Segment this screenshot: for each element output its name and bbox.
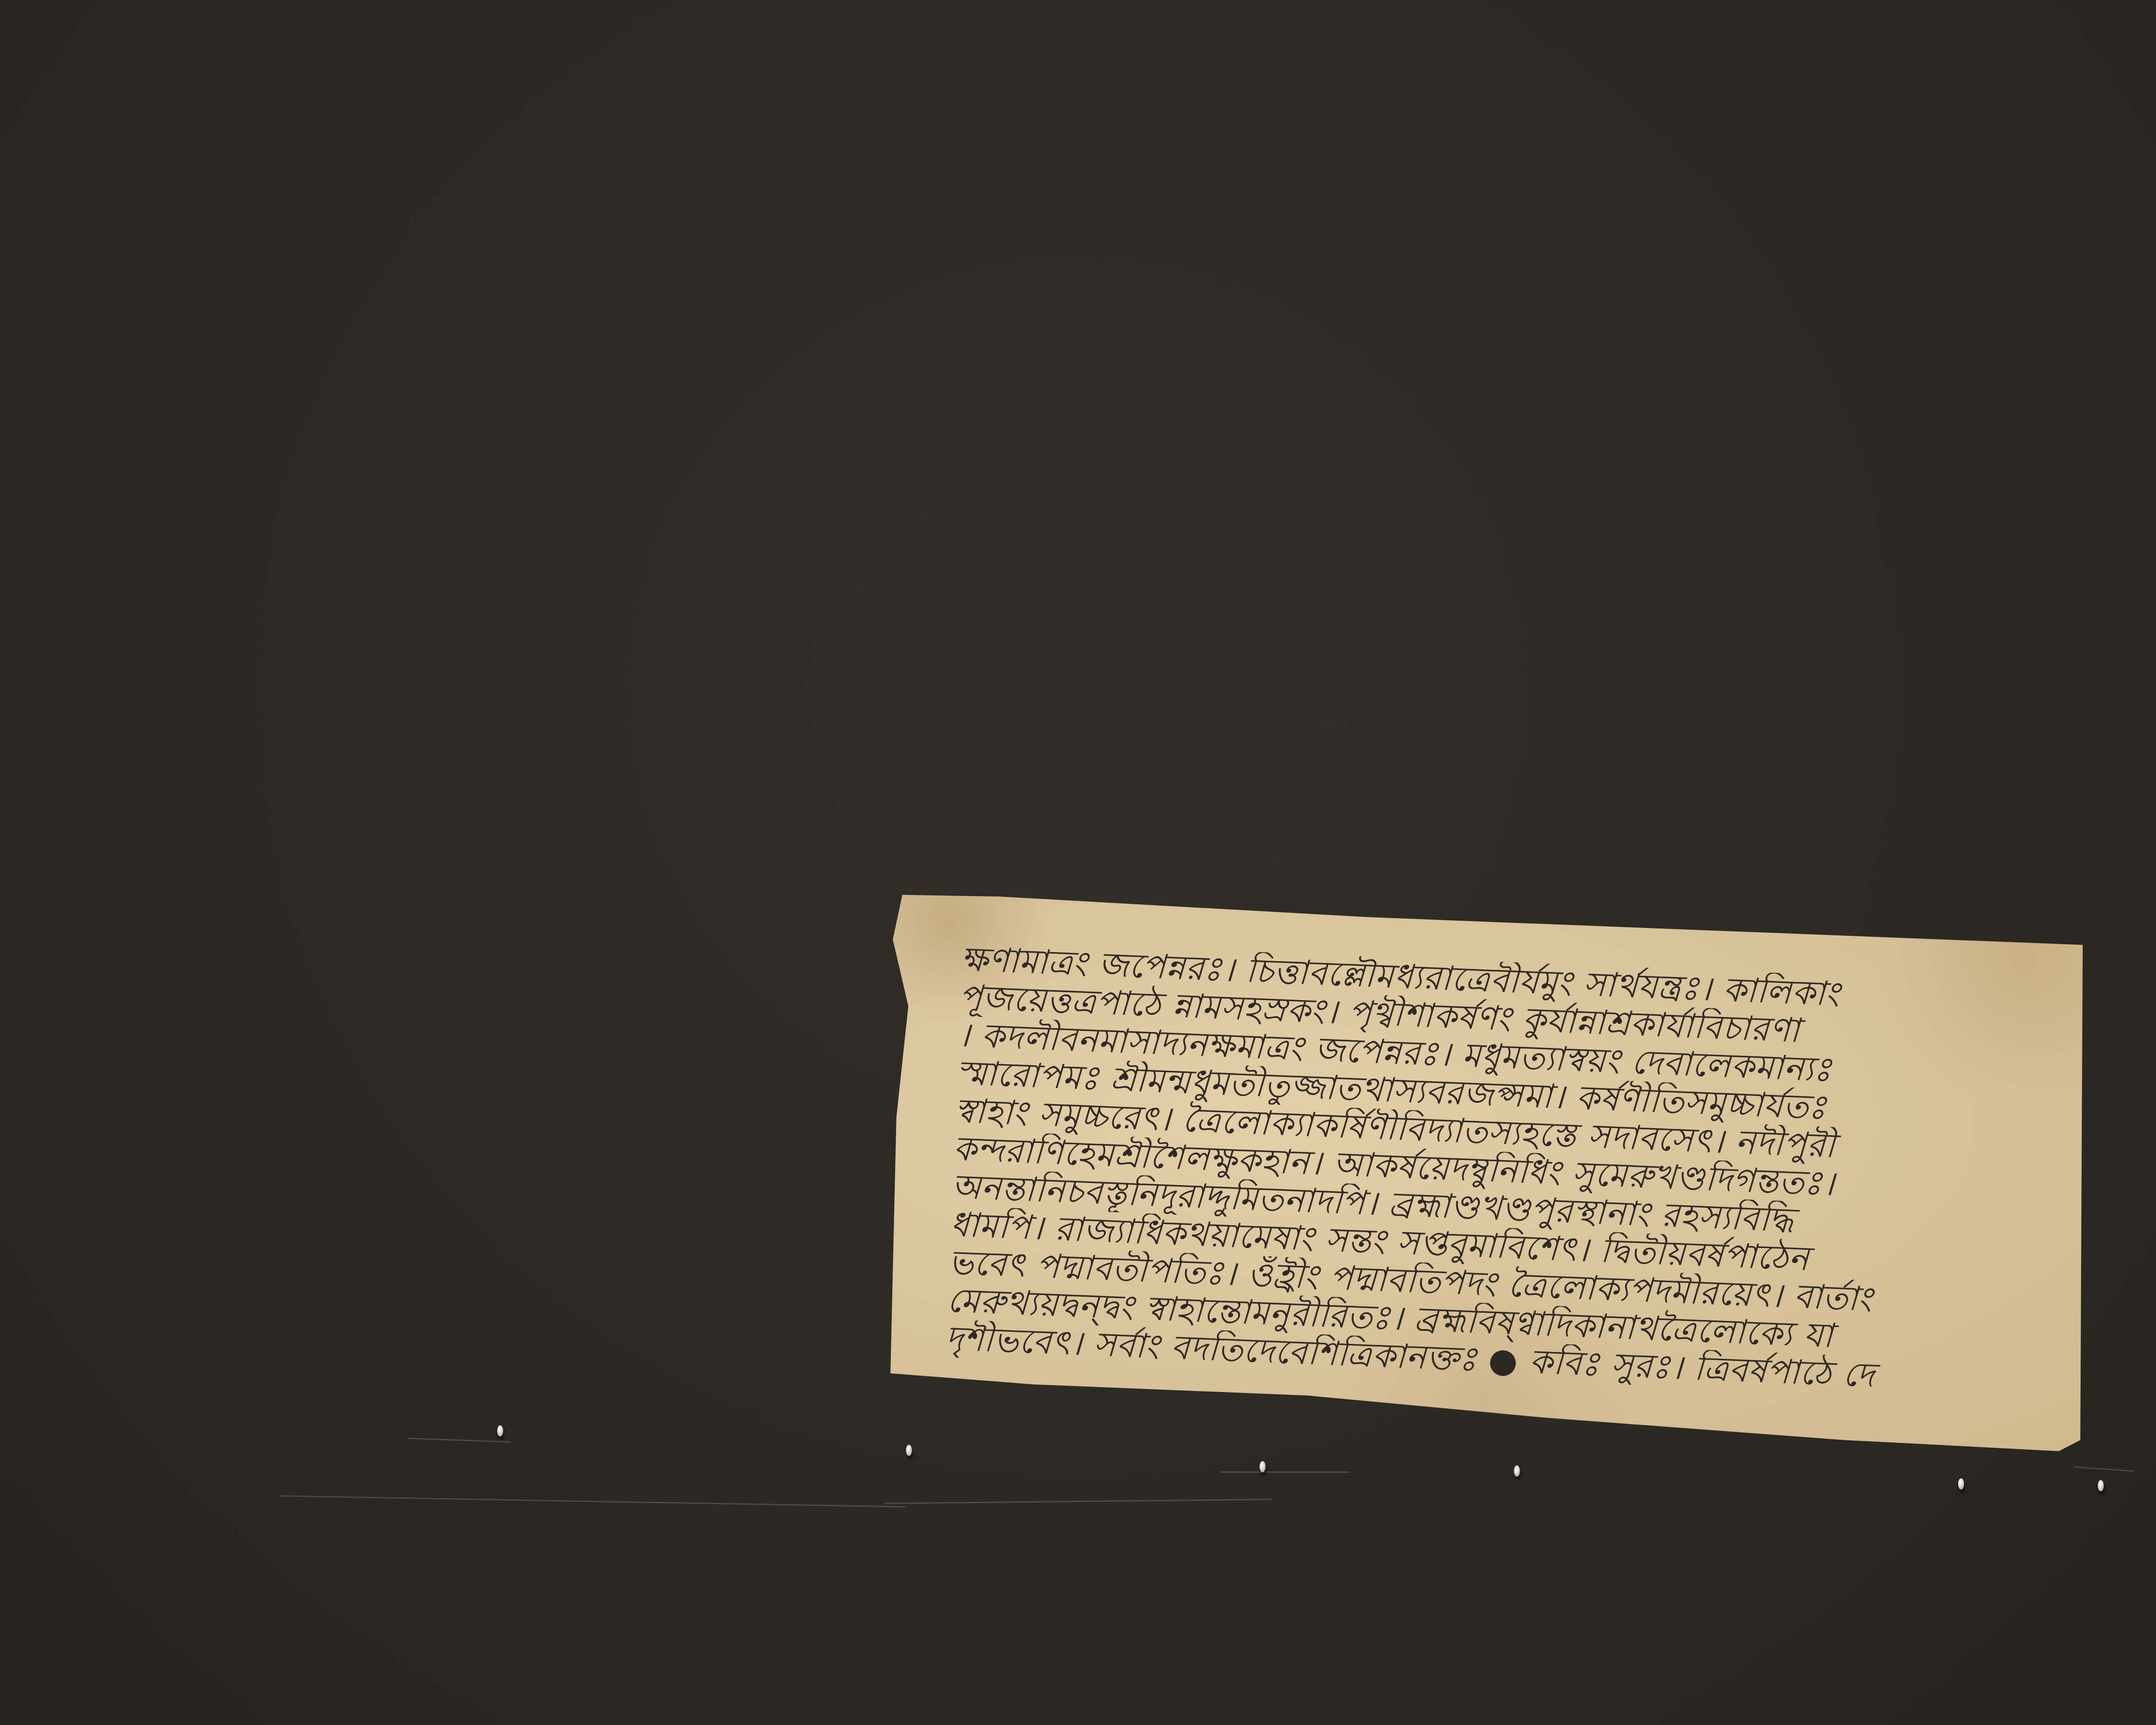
guide-thread	[884, 1499, 1272, 1504]
pin-icon	[906, 1445, 912, 1456]
pin-icon	[1514, 1465, 1520, 1477]
guide-thread	[280, 1495, 906, 1507]
display-board: ক্ষণামাত্রং জপেন্নরঃ। চিত্তাবল্লৌমধ্যরাত…	[0, 0, 2156, 1725]
guide-thread	[2074, 1466, 2134, 1472]
pin-icon	[2098, 1480, 2104, 1491]
guide-thread	[1220, 1471, 1350, 1473]
pin-icon	[1958, 1478, 1964, 1490]
pin-icon	[497, 1425, 503, 1436]
pin-icon	[1260, 1461, 1266, 1472]
manuscript-text: ক্ষণামাত্রং জপেন্নরঃ। চিত্তাবল্লৌমধ্যরাত…	[945, 940, 2030, 1400]
guide-thread	[407, 1438, 511, 1443]
